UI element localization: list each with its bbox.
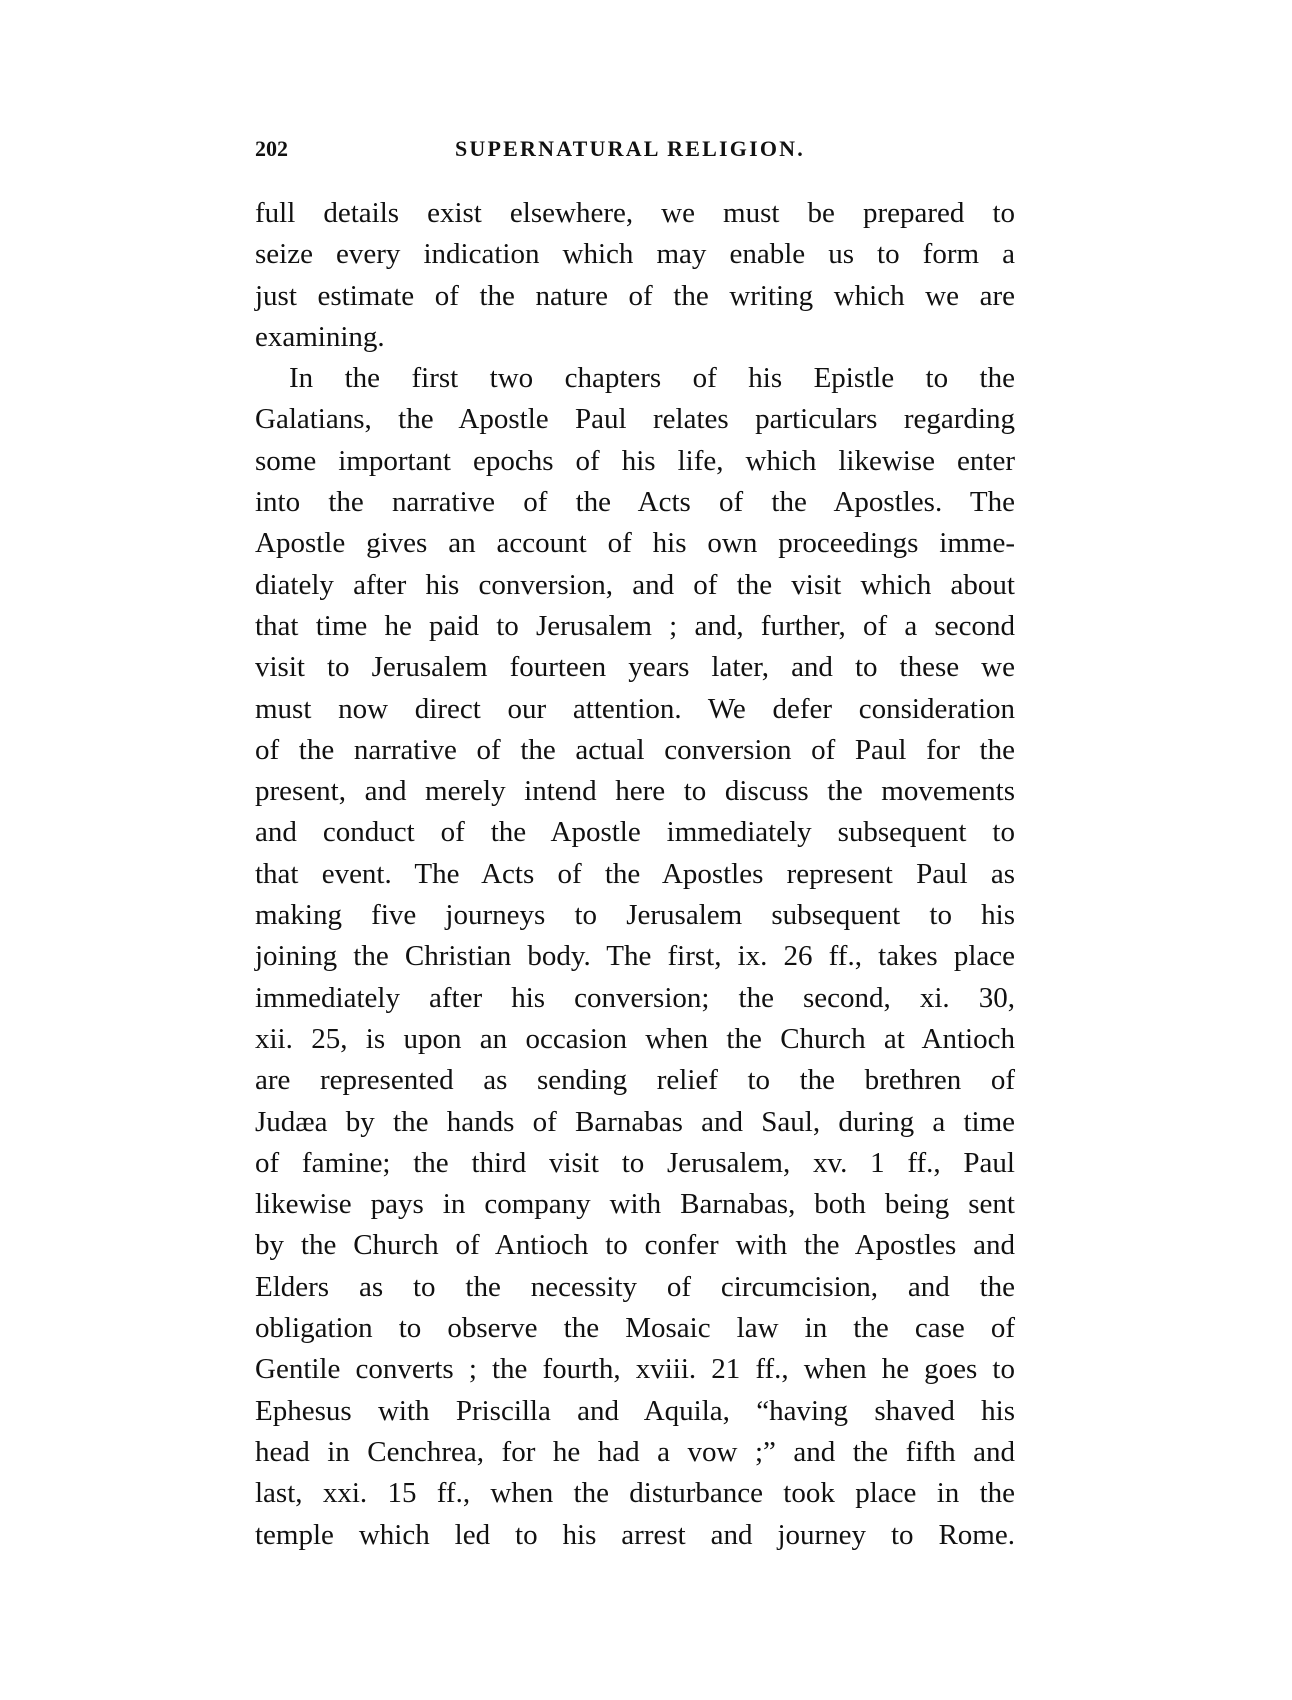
text-line: of the narrative of the actual conversio… [255,730,1015,771]
text-line: examining. [255,317,1015,358]
page-number: 202 [255,136,288,162]
text-line: obligation to observe the Mosaic law in … [255,1308,1015,1349]
text-line: that event. The Acts of the Apostles rep… [255,854,1015,895]
text-line: Gentile converts ; the fourth, xviii. 21… [255,1349,1015,1390]
text-line: some important epochs of his life, which… [255,441,1015,482]
text-line: full details exist elsewhere, we must be… [255,193,1015,234]
text-line: Judæa by the hands of Barnabas and Saul,… [255,1102,1015,1143]
text-line: Elders as to the necessity of circumcisi… [255,1267,1015,1308]
text-line: Apostle gives an account of his own proc… [255,523,1015,564]
text-line: likewise pays in company with Barnabas, … [255,1184,1015,1225]
text-line: and conduct of the Apostle immediately s… [255,812,1015,853]
text-line: In the first two chapters of his Epistle… [255,358,1015,399]
running-head: 202 SUPERNATURAL RELIGION. [255,136,1015,166]
text-line: Galatians, the Apostle Paul relates part… [255,399,1015,440]
paragraph-1: full details exist elsewhere, we must be… [255,193,1015,358]
text-line: must now direct our attention. We defer … [255,689,1015,730]
text-line: just estimate of the nature of the writi… [255,276,1015,317]
text-line: making five journeys to Jerusalem subseq… [255,895,1015,936]
text-line: visit to Jerusalem fourteen years later,… [255,647,1015,688]
running-title: SUPERNATURAL RELIGION. [455,136,805,162]
text-line: are represented as sending relief to the… [255,1060,1015,1101]
text-line: of famine; the third visit to Jerusalem,… [255,1143,1015,1184]
text-line: immediately after his conversion; the se… [255,978,1015,1019]
text-line: by the Church of Antioch to confer with … [255,1225,1015,1266]
text-line: last, xxi. 15 ff., when the disturbance … [255,1473,1015,1514]
body-text: full details exist elsewhere, we must be… [255,193,1015,1556]
paragraph-2: In the first two chapters of his Epistle… [255,358,1015,1556]
text-line: Ephesus with Priscilla and Aquila, “havi… [255,1391,1015,1432]
text-line: temple which led to his arrest and journ… [255,1515,1015,1556]
text-line: present, and merely intend here to discu… [255,771,1015,812]
text-line: seize every indication which may enable … [255,234,1015,275]
text-line: joining the Christian body. The first, i… [255,936,1015,977]
text-line: into the narrative of the Acts of the Ap… [255,482,1015,523]
text-line: diately after his conversion, and of the… [255,565,1015,606]
text-line: that time he paid to Jerusalem ; and, fu… [255,606,1015,647]
text-line: xii. 25, is upon an occasion when the Ch… [255,1019,1015,1060]
text-line: head in Cenchrea, for he had a vow ;” an… [255,1432,1015,1473]
